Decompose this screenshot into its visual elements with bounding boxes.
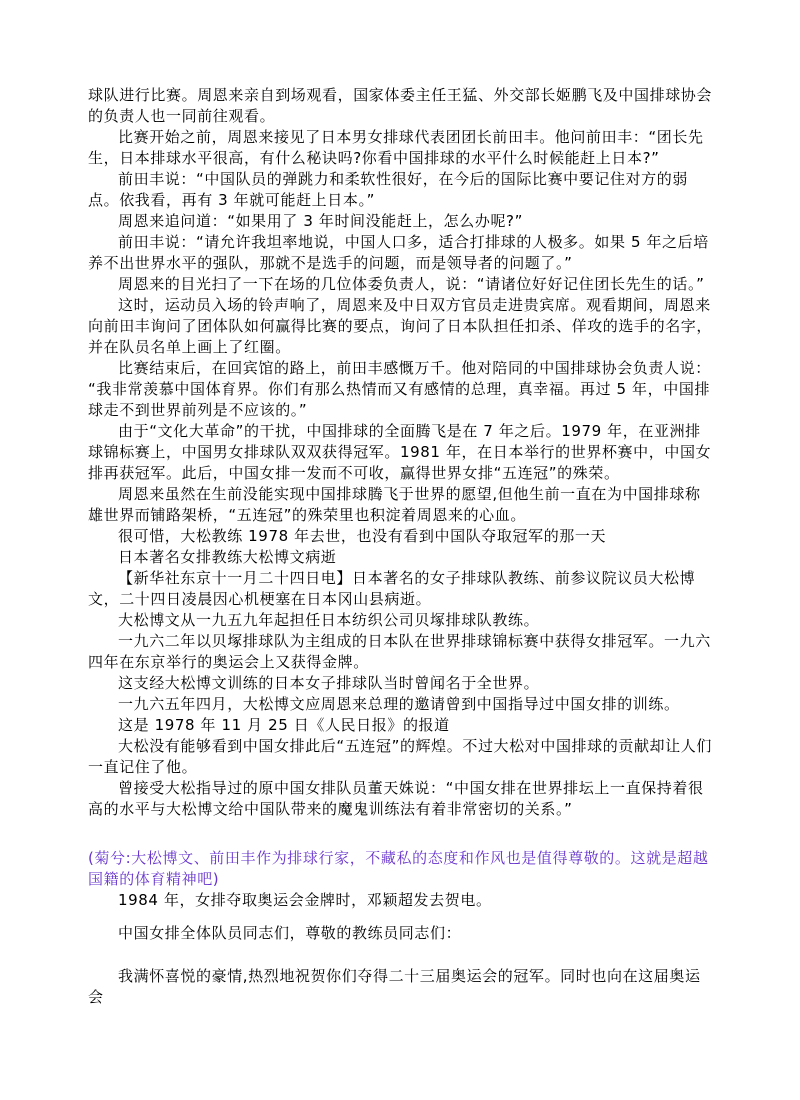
paragraph: 由于“文化大革命”的干扰，中国排球的全面腾飞是在 7 年之后。1979 年，在亚… <box>88 421 715 484</box>
paragraph: 周恩来追问道：“如果用了 3 年时间没能赶上，怎么办呢?” <box>88 211 715 232</box>
paragraph: 这是 1978 年 11 月 25 日《人民日报》的报道 <box>88 715 715 736</box>
paragraph-news-dispatch: 【新华社东京十一月二十四日电】日本著名的女子排球队教练、前参议院议员大松博文，二… <box>88 568 715 610</box>
paragraph: 很可惜，大松教练 1978 年去世，也没有看到中国队夺取冠军的那一天 <box>88 526 715 547</box>
paragraph: 这时，运动员入场的铃声响了，周恩来及中日双方官员走进贵宾席。观看期间，周恩来向前… <box>88 295 715 358</box>
paragraph: 比赛结束后，在回宾馆的路上，前田丰感慨万千。他对陪同的中国排球协会负责人说：“我… <box>88 358 715 421</box>
paragraph: 一九六二年以贝塚排球队为主组成的日本队在世界排球锦标赛中获得女排冠军。一九六四年… <box>88 631 715 673</box>
paragraph-continuation: 球队进行比赛。周恩来亲自到场观看，国家体委主任王猛、外交部长姬鹏飞及中国排球协会… <box>88 85 715 127</box>
annotation-paragraph: (菊兮:大松博文、前田丰作为排球行家，不藏私的态度和作风也是值得尊敬的。这就是超… <box>88 848 715 890</box>
paragraph: 周恩来的目光扫了一下在场的几位体委负责人，说：“请诸位好好记住团长先生的话。” <box>88 274 715 295</box>
document-page: 球队进行比赛。周恩来亲自到场观看，国家体委主任王猛、外交部长姬鹏飞及中国排球协会… <box>0 0 800 1100</box>
paragraph: 前田丰说：“请允许我坦率地说，中国人口多，适合打排球的人极多。如果 5 年之后培… <box>88 232 715 274</box>
paragraph: 周恩来虽然在生前没能实现中国排球腾飞于世界的愿望,但他生前一直在为中国排球称雄世… <box>88 484 715 526</box>
paragraph: 比赛开始之前，周恩来接见了日本男女排球代表团团长前田丰。他问前田丰：“团长先生，… <box>88 127 715 169</box>
paragraph: 大松没有能够看到中国女排此后“五连冠”的辉煌。不过大松对中国排球的贡献却让人们一… <box>88 736 715 778</box>
paragraph: 前田丰说：“中国队员的弹跳力和柔软性很好，在今后的国际比赛中要记住对方的弱点。依… <box>88 169 715 211</box>
paragraph-telegram-body: 我满怀喜悦的豪情,热烈地祝贺你们夺得二十三届奥运会的冠军。同时也向在这届奥运会 <box>88 966 715 1008</box>
paragraph-section-title: 日本著名女排教练大松博文病逝 <box>88 547 715 568</box>
paragraph-telegram-salutation: 中国女排全体队员同志们，尊敬的教练员同志们： <box>88 923 715 944</box>
paragraph: 曾接受大松指导过的原中国女排队员董天姝说：“中国女排在世界排坛上一直保持着很高的… <box>88 778 715 820</box>
paragraph: 1984 年，女排夺取奥运会金牌时，邓颖超发去贺电。 <box>88 890 715 911</box>
paragraph: 大松博文从一九五九年起担任日本纺织公司贝塚排球队教练。 <box>88 610 715 631</box>
paragraph: 这支经大松博文训练的日本女子排球队当时曾闻名于全世界。 <box>88 673 715 694</box>
paragraph: 一九六五年四月，大松博文应周恩来总理的邀请曾到中国指导过中国女排的训练。 <box>88 694 715 715</box>
